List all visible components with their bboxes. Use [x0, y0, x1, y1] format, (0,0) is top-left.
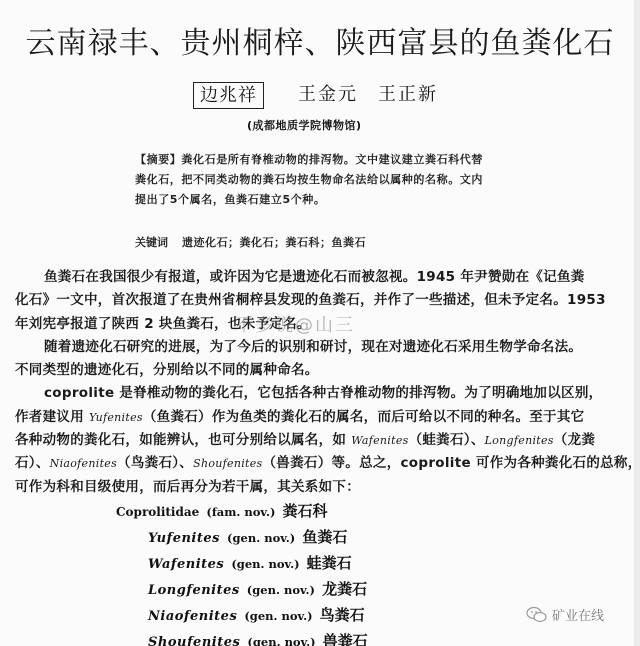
abstract-line: 提出了5个属名，鱼粪石建立5个种。: [135, 190, 527, 210]
keywords-value: 遗迹化石；粪化石；粪石科；鱼粪石: [182, 236, 366, 249]
genus-name: Yufenites: [89, 411, 143, 424]
author-corresponding: 边兆祥: [193, 82, 264, 109]
paragraph-2: 随着遗迹化石研究的进展，为了今后的识别和研讨，现在对遗迹化石采用生物学命名法。 …: [15, 336, 623, 383]
watermark-overlay: 不多说@山三: [235, 311, 355, 337]
abstract-line: 【摘要】粪化石是所有脊椎动物的排泻物。文中建议建立粪石科代替: [135, 150, 527, 170]
author-name: 王正新: [378, 83, 438, 107]
paragraph-3: coprolite 是脊椎动物的粪化石，它包括各种古脊椎动物的排泻物。为了明确地…: [15, 382, 623, 498]
abstract: 【摘要】粪化石是所有脊椎动物的排泻物。文中建议建立粪石科代替 粪化石，把不同类动…: [135, 150, 527, 210]
body-text: 鱼粪石在我国很少有报道，或许因为它是遗迹化石而被忽视。1945 年尹赞勋在《记鱼…: [15, 266, 623, 499]
paper-title: 云南禄丰、贵州桐梓、陕西富县的鱼粪化石: [0, 18, 640, 62]
genus-row: Shoufenites (gen. nov.) 兽粪石: [148, 630, 368, 646]
wechat-icon: [526, 606, 548, 624]
author-name: 王金元: [298, 83, 358, 107]
family-row: Coprolitidae (fam. nov.) 粪石科: [116, 500, 328, 522]
source-label: 矿业在线: [552, 605, 604, 624]
genus-name: Longfenites: [485, 434, 554, 447]
genus-name: Wafenites: [351, 434, 408, 447]
genus-row: Niaofenites (gen. nov.) 鸟粪石: [148, 604, 365, 626]
genus-name: Shoufenites: [193, 457, 262, 470]
genus-row: Wafenites (gen. nov.) 蛙粪石: [148, 552, 352, 574]
document-page: 云南禄丰、贵州桐梓、陕西富县的鱼粪化石 边兆祥 王金元 王正新 (成都地质学院博…: [0, 0, 640, 646]
genus-row: Yufenites (gen. nov.) 鱼粪石: [148, 526, 347, 548]
author-list: 边兆祥 王金元 王正新: [0, 82, 640, 110]
abstract-line: 粪化石，把不同类动物的粪石均按生物命名法给以属种的名称。文内: [135, 170, 527, 190]
abstract-label: 【摘要】: [135, 153, 181, 166]
source-watermark: 矿业在线: [526, 605, 604, 624]
genus-name: Niaofenites: [50, 457, 117, 470]
keywords-label: 关键词: [135, 236, 168, 249]
keywords: 关键词遗迹化石；粪化石；粪石科；鱼粪石: [135, 234, 366, 250]
genus-row: Longfenites (gen. nov.) 龙粪石: [148, 578, 367, 600]
affiliation: (成都地质学院博物馆): [247, 117, 362, 133]
